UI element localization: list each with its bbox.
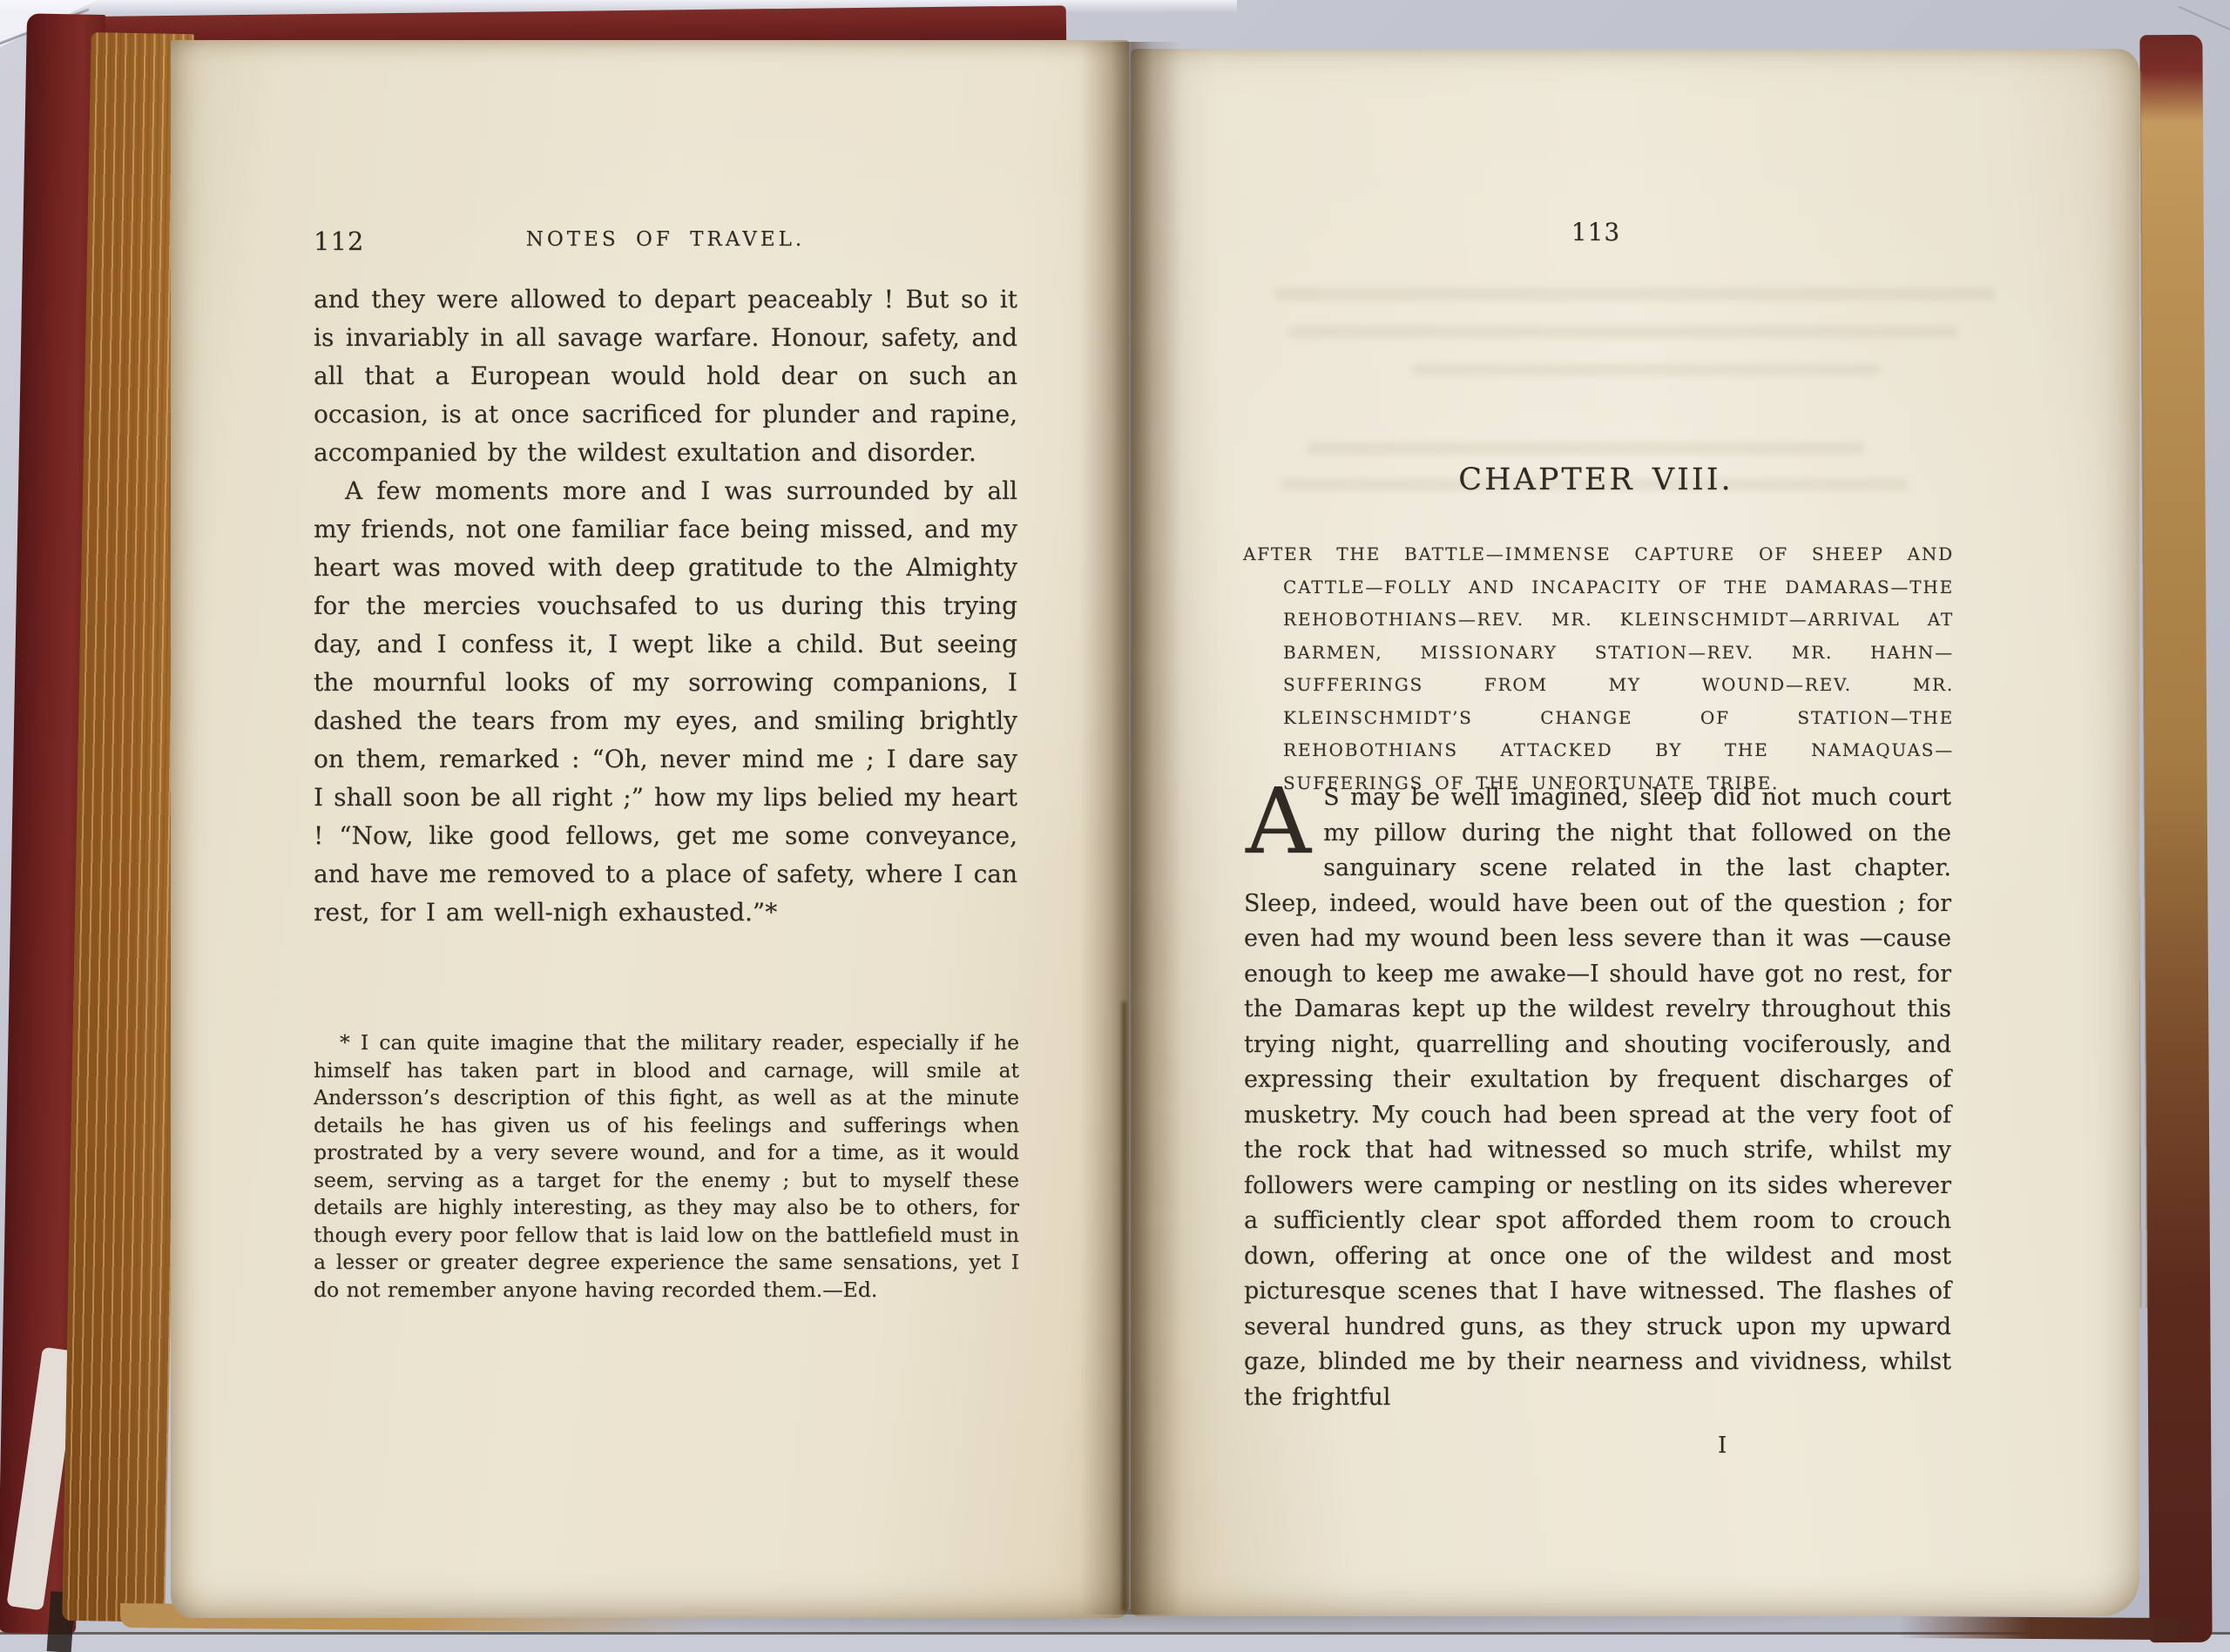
backdrop-edge-line-right xyxy=(2179,6,2230,37)
chapter-heading: CHAPTER VIII. xyxy=(1241,462,1950,497)
show-through-text xyxy=(1411,364,1882,375)
book-gutter-crease xyxy=(1122,1001,1126,1611)
chapter-summary: AFTER THE BATTLE—IMMENSE CAPTURE OF SHEE… xyxy=(1243,538,1954,799)
book-gutter xyxy=(1080,42,1181,1615)
running-header: NOTES OF TRAVEL. xyxy=(314,225,1017,251)
drop-cap: A xyxy=(1246,786,1311,857)
show-through-text xyxy=(1287,326,1958,338)
show-through-text xyxy=(1307,442,1864,455)
page-number-right: 113 xyxy=(1241,218,1950,246)
left-page-header: 112 NOTES OF TRAVEL. xyxy=(314,225,1017,261)
show-through-text xyxy=(1274,287,1997,300)
book-cover-right-edge xyxy=(2139,35,2212,1642)
body-paragraph: and they were allowed to depart peaceabl… xyxy=(314,280,1017,472)
left-page-body: and they were allowed to depart peaceabl… xyxy=(314,280,1017,932)
photo-backdrop: 112 NOTES OF TRAVEL. and they were allow… xyxy=(0,0,2230,1652)
footnote: * I can quite imagine that the military … xyxy=(314,1029,1019,1304)
chapter-body: AS may be well imagined, sleep did not m… xyxy=(1244,780,1951,1415)
chapter-body-text: S may be well imagined, sleep did not mu… xyxy=(1244,784,1951,1411)
page-number-left: 112 xyxy=(314,226,364,256)
table-edge-below xyxy=(0,1635,2230,1652)
body-paragraph: A few moments more and I was surrounded … xyxy=(314,472,1017,932)
book-cover-bottom-right-edge xyxy=(1899,1616,2192,1640)
signature-mark: I xyxy=(1718,1433,1727,1459)
